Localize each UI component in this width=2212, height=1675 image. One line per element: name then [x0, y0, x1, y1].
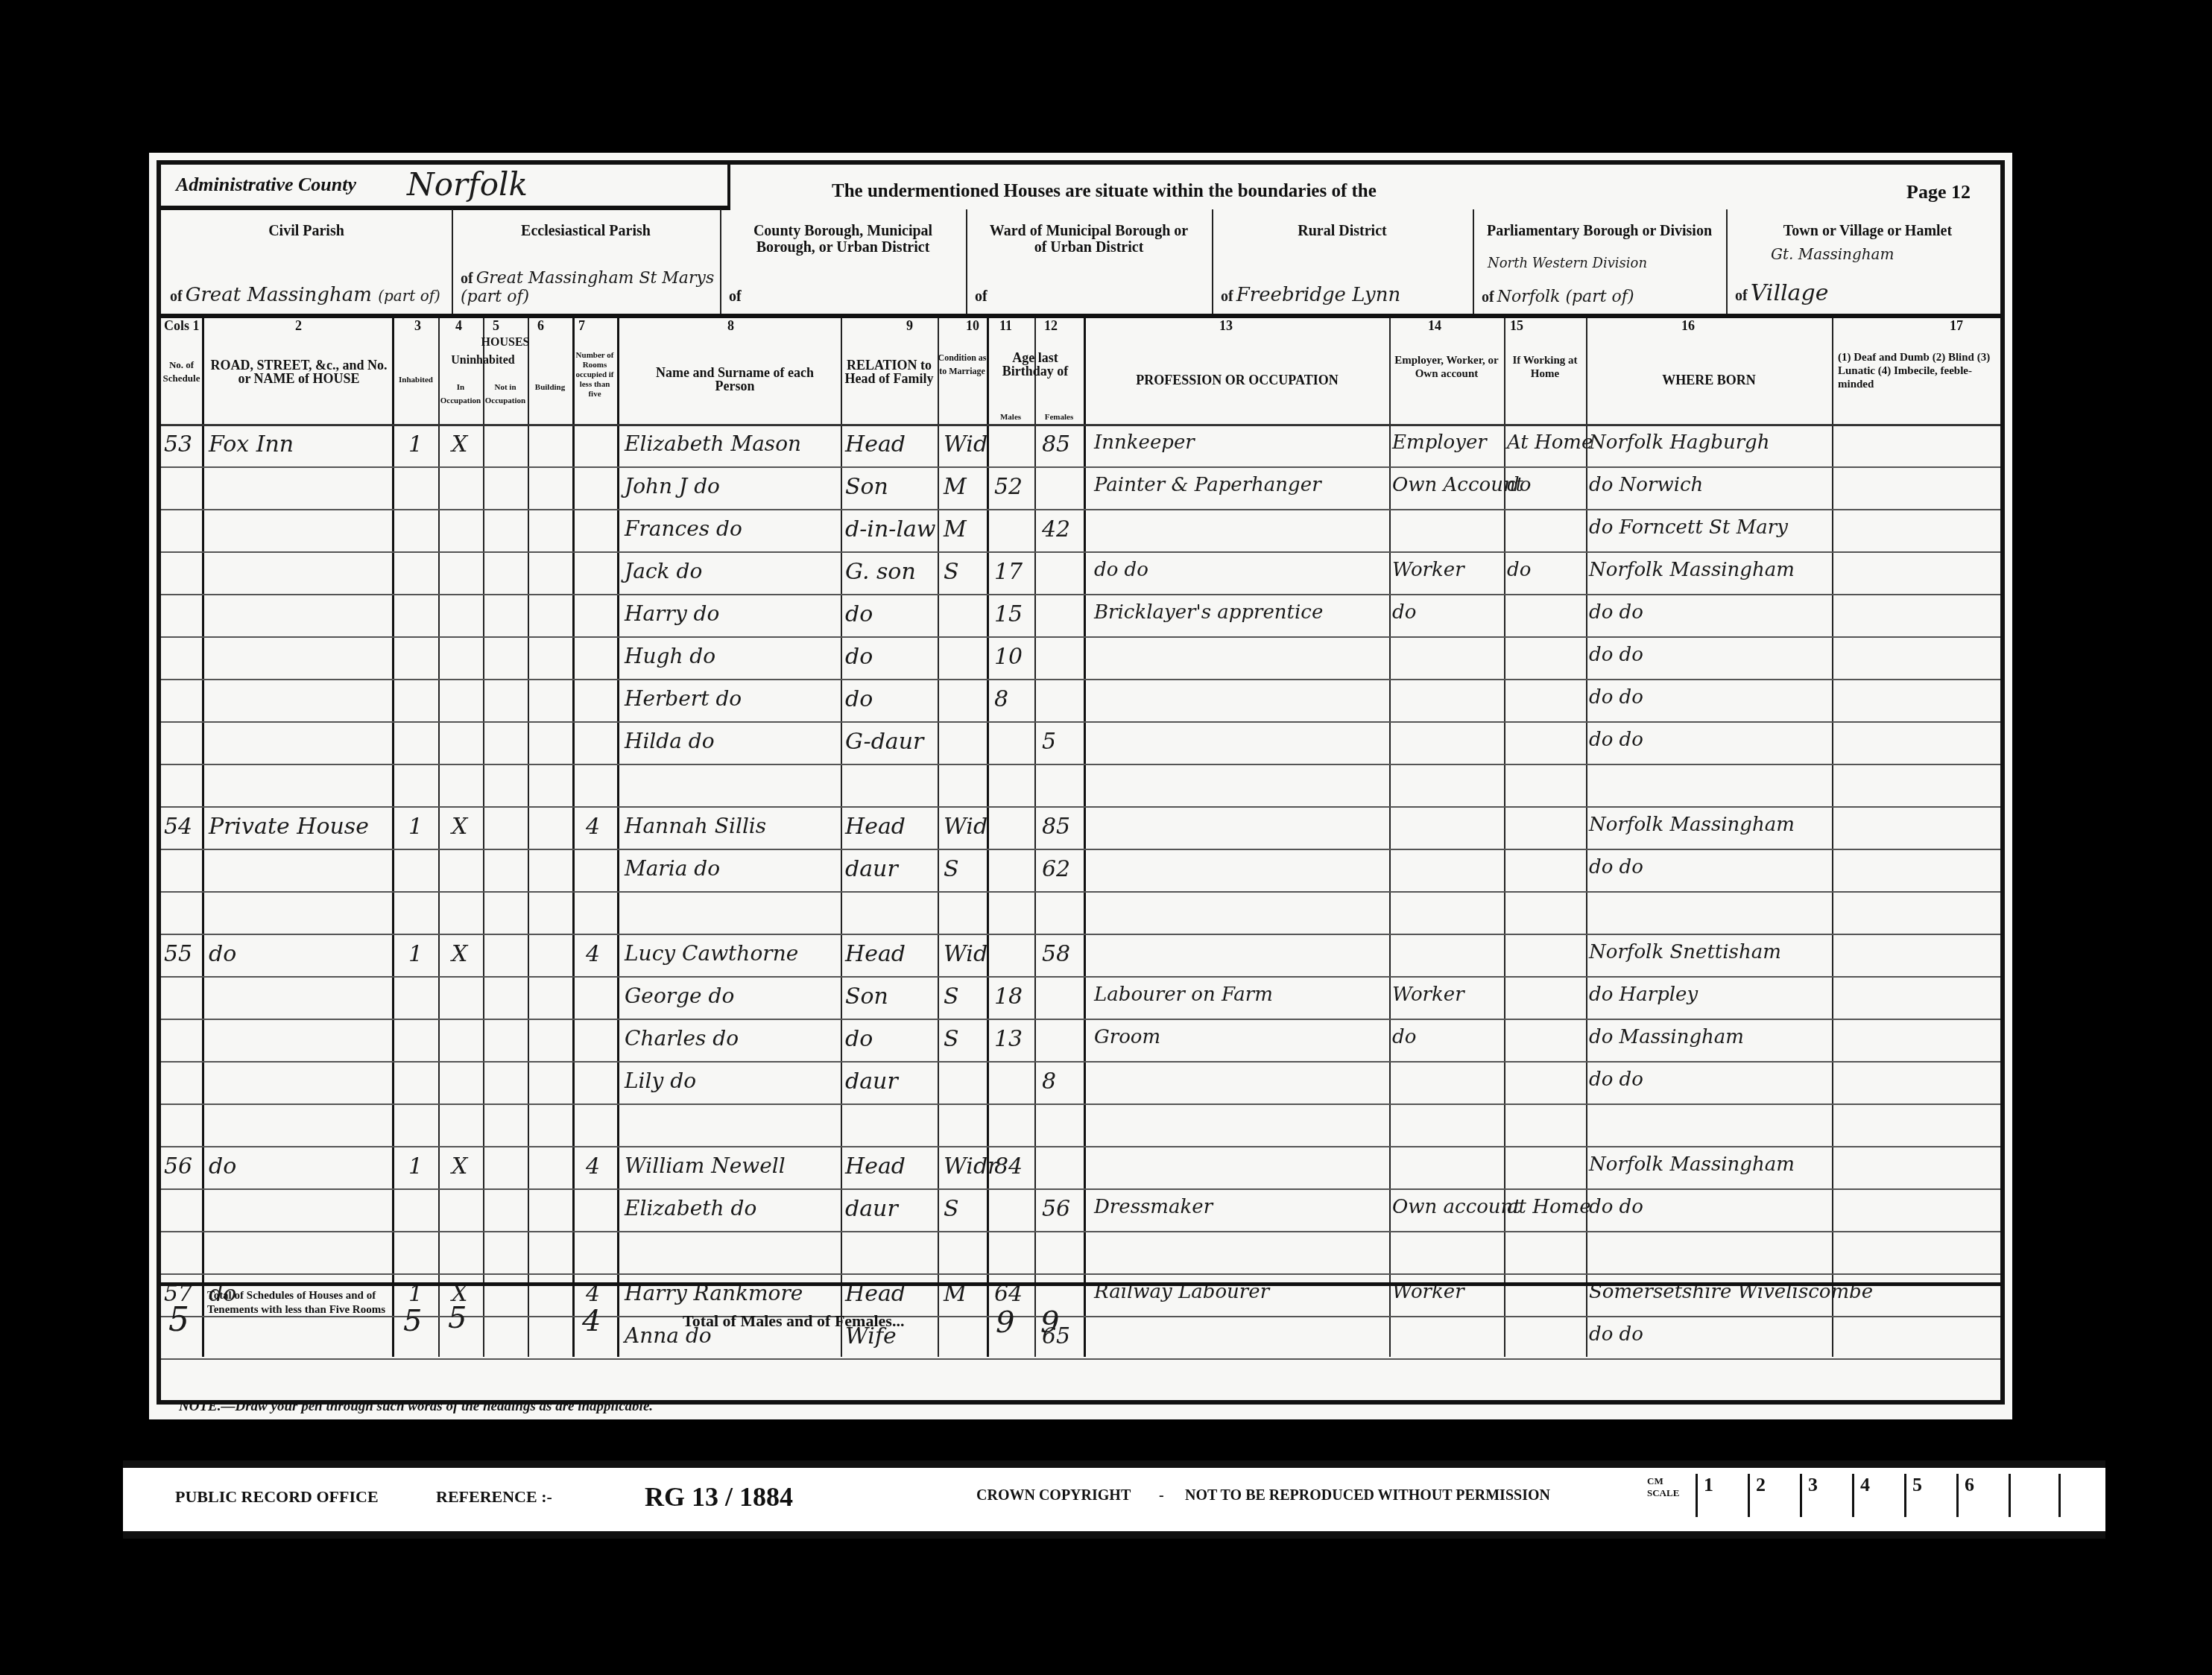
col-num: 12 [1044, 318, 1058, 334]
row-road: do [209, 1153, 236, 1180]
part-of-note: (part of) [378, 287, 440, 305]
record-office-footer: PUBLIC RECORD OFFICE REFERENCE :- RG 13 … [123, 1460, 2105, 1539]
row-condition: S [944, 856, 959, 882]
part-of-note: (part of) [461, 288, 529, 306]
row-rule [161, 1019, 2000, 1020]
permission-notice: NOT TO BE REPRODUCED WITHOUT PERMISSION [1185, 1487, 1550, 1504]
row-relation: G-daur [845, 729, 923, 755]
row-male-age: 15 [994, 601, 1023, 627]
header-working-home: If Working at Home [1504, 354, 1586, 442]
header-rule [161, 424, 2000, 426]
row-rule [161, 764, 2000, 765]
row-rule [161, 806, 2000, 808]
civil-parish: Civil Parish ofGreat Massingham (part of… [161, 209, 453, 314]
copyright-label: CROWN COPYRIGHT [976, 1487, 1131, 1504]
row-female-age: 56 [1042, 1196, 1070, 1222]
undermentioned-text: The undermentioned Houses are situate wi… [832, 181, 1377, 202]
row-rule [161, 1146, 2000, 1147]
total-rooms: 4 [582, 1304, 601, 1338]
row-condition: M [944, 474, 967, 500]
household-table: No. of Schedule ROAD, STREET, &c., and N… [161, 336, 2000, 1282]
row-condition: Wid [944, 941, 987, 967]
row-name: Herbert do [625, 686, 742, 711]
divider [841, 318, 842, 1357]
row-relation: Head [845, 1153, 906, 1180]
scale-cell: 3 [1800, 1474, 1852, 1517]
row-uninhabited: X [452, 1153, 467, 1180]
divider [1084, 318, 1086, 1357]
divider [572, 318, 575, 1357]
row-employer: Worker [1392, 559, 1464, 581]
civil-parish-title: Civil Parish [161, 223, 452, 239]
divider [483, 318, 484, 1357]
row-female-age: 42 [1042, 516, 1070, 542]
row-uninhabited: X [452, 941, 467, 967]
row-name: Hugh do [625, 644, 715, 668]
ecclesiastical-parish-value: Great Massingham St Marys [476, 269, 715, 288]
row-where-born: Norfolk Massingham [1589, 559, 1795, 581]
row-where-born: do do [1589, 1068, 1643, 1091]
row-where-born: do Harpley [1589, 984, 1698, 1006]
row-occupation: Groom [1094, 1026, 1160, 1048]
row-occupation: Dressmaker [1094, 1196, 1213, 1218]
rural-district-title: Rural District [1212, 223, 1473, 239]
scale-label: CM SCALE [1647, 1475, 1677, 1499]
page-number: Page 12 [1906, 181, 1971, 203]
row-where-born: do do [1589, 729, 1643, 751]
scale-cell: 2 [1748, 1474, 1800, 1517]
row-rule [161, 1061, 2000, 1063]
town-title: Town or Village or Hamlet [1726, 223, 2009, 239]
parliamentary-title: Parliamentary Borough or Division [1473, 223, 1726, 239]
row-condition: S [944, 984, 959, 1010]
divider [938, 318, 939, 1357]
col-num: Cols 1 [164, 318, 200, 334]
of-label: of [729, 288, 742, 305]
row-name: Jack do [625, 559, 702, 583]
row-rule [161, 594, 2000, 595]
reference-number: RG 13 / 1884 [645, 1481, 793, 1513]
row-name: Elizabeth Mason [625, 431, 801, 456]
row-relation: do [845, 644, 873, 670]
scale-cell: 6 [1956, 1474, 2009, 1517]
row-rule [161, 551, 2000, 553]
col-num: 14 [1428, 318, 1441, 334]
census-page: Administrative County Norfolk The underm… [149, 153, 2012, 1419]
col-num: 2 [295, 318, 302, 334]
col-num: 11 [999, 318, 1012, 334]
col-num: 9 [906, 318, 913, 334]
row-where-born: do do [1589, 1196, 1643, 1218]
col-num: 13 [1219, 318, 1233, 334]
page-frame: Administrative County Norfolk The underm… [157, 160, 2005, 1405]
row-rooms: 4 [586, 1153, 600, 1180]
row-road: do [209, 941, 236, 967]
divider [528, 318, 529, 1357]
row-name: Frances do [625, 516, 742, 541]
row-schedule: 54 [164, 814, 192, 840]
row-rule [161, 1104, 2000, 1105]
row-name: William Newell [625, 1153, 786, 1178]
row-rule [161, 1188, 2000, 1190]
admin-county-value: Norfolk [407, 166, 528, 203]
scale-num: 3 [1808, 1474, 1818, 1495]
of-label: of [1221, 288, 1233, 305]
col-num: 16 [1681, 318, 1695, 334]
row-schedule: 53 [164, 431, 192, 457]
row-rule [161, 466, 2000, 468]
of-label: of [975, 288, 987, 305]
row-where-born: do Massingham [1589, 1026, 1744, 1048]
row-rule [161, 891, 2000, 893]
county-borough: County Borough, Municipal Borough, or Ur… [720, 209, 967, 314]
row-name: John J do [625, 474, 720, 498]
scale-num: 4 [1860, 1474, 1870, 1495]
row-female-age: 85 [1042, 814, 1070, 840]
row-employer: Worker [1392, 984, 1464, 1006]
row-female-age: 5 [1042, 729, 1056, 755]
divider [1389, 318, 1391, 1357]
row-name: George do [625, 984, 734, 1008]
row-male-age: 13 [994, 1026, 1023, 1052]
row-relation: Head [845, 431, 906, 457]
row-relation: Son [845, 474, 888, 500]
row-relation: daur [845, 1068, 898, 1095]
row-relation: daur [845, 856, 898, 882]
row-relation: Head [845, 814, 906, 840]
row-relation: Son [845, 984, 888, 1010]
row-where-born: do Forncett St Mary [1589, 516, 1788, 539]
row-where-born: Norfolk Snettisham [1589, 941, 1781, 963]
col-num: 4 [455, 318, 462, 334]
row-where-born: do do [1589, 644, 1643, 666]
row-rule [161, 849, 2000, 850]
row-condition: S [944, 1196, 959, 1222]
row-rooms: 4 [586, 814, 600, 840]
ecclesiastical-parish-title: Ecclesiastical Parish [452, 223, 720, 239]
row-working-home: at Home [1507, 1196, 1591, 1218]
row-male-age: 52 [994, 474, 1023, 500]
column-numbers: Cols 1 2 3 4 5 6 7 8 9 10 11 12 13 14 15… [161, 318, 2000, 336]
totals-row: 5 Total of Schedules of Houses and of Te… [161, 1282, 2000, 1361]
row-inhabited: 1 [408, 1153, 423, 1180]
divider [202, 318, 204, 1357]
row-where-born: Norfolk Hagburgh [1589, 431, 1769, 454]
row-employer: Employer [1392, 431, 1487, 454]
of-label: of [461, 270, 473, 287]
header-houses: HOUSES [394, 336, 617, 352]
row-road: Private House [209, 814, 369, 840]
row-relation: do [845, 601, 873, 627]
row-relation: d-in-law [845, 516, 936, 542]
row-uninhabited: X [452, 431, 467, 457]
admin-county-label: Administrative County [176, 174, 356, 196]
scale-cell: 1 [1696, 1474, 1748, 1517]
parliamentary-division: Parliamentary Borough or Division North … [1473, 209, 1728, 314]
scale-num: 2 [1756, 1474, 1766, 1495]
row-rule [161, 934, 2000, 935]
ecclesiastical-parish: Ecclesiastical Parish ofGreat Massingham… [452, 209, 721, 314]
town-sub: Gt. Massingham [1771, 245, 1895, 263]
row-rooms: 4 [586, 941, 600, 967]
row-working-home: do [1507, 559, 1531, 581]
total-males: 9 [996, 1305, 1014, 1340]
row-employer: Own account [1392, 1196, 1521, 1218]
scale-cell: 4 [1852, 1474, 1904, 1517]
town-village-hamlet: Town or Village or Hamlet Gt. Massingham… [1726, 209, 2009, 314]
note-text: NOTE.—Draw your pen through such words o… [179, 1399, 653, 1415]
row-occupation: Labourer on Farm [1094, 984, 1273, 1006]
scale-cell [2009, 1474, 2061, 1517]
row-rule [161, 1231, 2000, 1232]
office-name: PUBLIC RECORD OFFICE [175, 1487, 379, 1507]
col-num: 17 [1950, 318, 1963, 334]
row-working-home: At Home [1507, 431, 1593, 454]
row-road: Fox Inn [209, 431, 294, 457]
row-rule [161, 679, 2000, 680]
scale-num: 1 [1704, 1474, 1713, 1495]
row-relation: Head [845, 941, 906, 967]
divider [1832, 318, 1833, 1357]
row-condition: Wid [944, 814, 987, 840]
col-num: 7 [578, 318, 585, 334]
col-num: 15 [1510, 318, 1523, 334]
row-inhabited: 1 [408, 431, 423, 457]
row-occupation: Bricklayer's apprentice [1094, 601, 1323, 624]
row-condition: M [944, 516, 967, 542]
rural-district-value: Freebridge Lynn [1236, 284, 1401, 306]
row-rule [161, 1273, 2000, 1275]
row-relation: daur [845, 1196, 898, 1222]
row-employer: do [1392, 601, 1416, 624]
row-employer: Own Account [1392, 474, 1523, 496]
row-female-age: 8 [1042, 1068, 1056, 1095]
parliamentary-sub: North Western Division [1488, 256, 1647, 271]
col-num: 8 [727, 318, 734, 334]
area-row: Civil Parish ofGreat Massingham (part of… [161, 209, 2000, 318]
row-name: Hilda do [625, 729, 715, 753]
row-male-age: 8 [994, 686, 1008, 712]
civil-parish-value: Great Massingham [186, 284, 372, 306]
town-value: Village [1751, 280, 1829, 306]
row-rule [161, 976, 2000, 978]
col-num: 10 [966, 318, 979, 334]
county-borough-title: County Borough, Municipal Borough, or Ur… [720, 223, 966, 256]
row-employer: do [1392, 1026, 1416, 1048]
of-label: of [1482, 289, 1494, 305]
total-uninhabited: 5 [448, 1301, 467, 1335]
parliamentary-value: Norfolk (part of) [1497, 288, 1634, 306]
row-female-age: 85 [1042, 431, 1070, 457]
row-where-born: do do [1589, 856, 1643, 878]
row-female-age: 58 [1042, 941, 1070, 967]
row-male-age: 18 [994, 984, 1023, 1010]
of-label: of [170, 288, 183, 305]
row-name: Lily do [625, 1068, 696, 1093]
ward-title: Ward of Municipal Borough or of Urban Di… [966, 223, 1212, 256]
row-where-born: do do [1589, 686, 1643, 709]
row-schedule: 56 [164, 1153, 192, 1180]
row-name: Maria do [625, 856, 720, 881]
reference-label: REFERENCE :- [436, 1487, 552, 1507]
row-condition: S [944, 559, 959, 585]
separator: - [1159, 1487, 1164, 1504]
row-name: Charles do [625, 1026, 739, 1051]
row-occupation: Painter & Paperhanger [1094, 474, 1321, 496]
row-name: Hannah Sillis [625, 814, 766, 838]
col-num: 6 [537, 318, 544, 334]
total-schedules: 5 [168, 1301, 189, 1339]
rural-district: Rural District ofFreebridge Lynn [1212, 209, 1474, 314]
scale-num: 5 [1912, 1474, 1922, 1495]
divider [438, 318, 440, 1357]
row-inhabited: 1 [408, 941, 423, 967]
row-female-age: 62 [1042, 856, 1070, 882]
header-employer: Employer, Worker, or Own account [1389, 354, 1504, 442]
scale-num: 6 [1965, 1474, 1974, 1495]
row-occupation: do do [1094, 559, 1148, 581]
header-uninhabited: Uninhabited [438, 354, 528, 370]
row-uninhabited: X [452, 814, 467, 840]
total-inhabited: 5 [403, 1304, 422, 1338]
row-relation: G. son [845, 559, 916, 585]
row-rule [161, 636, 2000, 638]
row-where-born: Norfolk Massingham [1589, 1153, 1795, 1176]
row-condition: Widr [944, 1153, 998, 1180]
row-where-born: Norfolk Massingham [1589, 814, 1795, 836]
of-label: of [1735, 288, 1748, 304]
row-relation: do [845, 1026, 873, 1052]
row-male-age: 17 [994, 559, 1023, 585]
row-schedule: 55 [164, 941, 192, 967]
row-occupation: Innkeeper [1094, 431, 1195, 454]
row-male-age: 10 [994, 644, 1023, 670]
row-rule [161, 509, 2000, 510]
row-rule [161, 721, 2000, 723]
ward: Ward of Municipal Borough or of Urban Di… [966, 209, 1213, 314]
col-num: 3 [414, 318, 421, 334]
row-name: Lucy Cawthorne [625, 941, 798, 966]
col-num: 5 [493, 318, 499, 334]
row-where-born: do do [1589, 601, 1643, 624]
row-relation: do [845, 686, 873, 712]
row-name: Harry do [625, 601, 719, 626]
total-females: 9 [1040, 1305, 1059, 1340]
totals-mf-label: Total of Males and of Females... [683, 1311, 904, 1331]
divider [392, 318, 394, 1357]
row-working-home: do [1507, 474, 1531, 496]
row-condition: S [944, 1026, 959, 1052]
row-male-age: 84 [994, 1153, 1023, 1180]
row-name: Elizabeth do [625, 1196, 756, 1220]
scale-cell: 5 [1904, 1474, 1956, 1517]
row-inhabited: 1 [408, 814, 423, 840]
divider [617, 318, 619, 1357]
administrative-county: Administrative County Norfolk [161, 165, 730, 210]
row-where-born: do Norwich [1589, 474, 1703, 496]
totals-label: Total of Schedules of Houses and of Tene… [207, 1289, 386, 1317]
row-condition: Wid [944, 431, 987, 457]
